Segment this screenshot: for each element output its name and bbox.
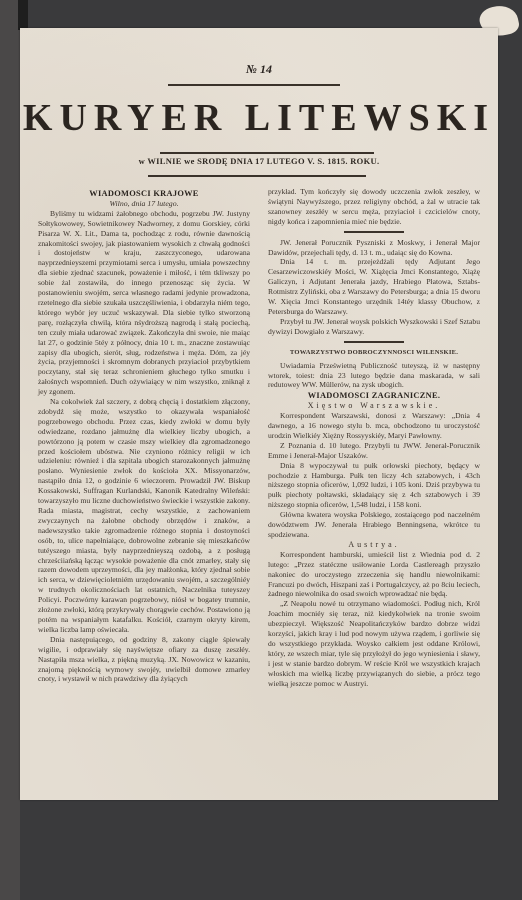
subsection-duchy-of-warsaw: Xięstwo Warszawskie. [268,401,480,411]
article-paragraph: Główna kwatera woyska Polskiego, zostaią… [268,510,480,540]
dateline-bottom-rule [148,175,366,177]
article-paragraph: Korrespondent Warszawski, donosi z Warsz… [268,411,480,441]
article-paragraph: Na cokolwiek żal szczery, z dobrą chęcią… [38,397,250,635]
domestic-dateline: Wilno, dnia 17 lutego. [38,199,250,209]
newspaper-page: № 14 KURYER LITEWSKI w WILNIE we SRODĘ D… [20,28,498,800]
article-paragraph: Dnia 8 wypoczywał tu pułk orłowski piech… [268,461,480,511]
article-paragraph: Dnia następuiącego, od godziny 8, zakony… [38,635,250,685]
scanner-shadow [18,0,28,30]
article-paragraph: JW. Jenerał Porucznik Pyszniski z Moskwy… [268,238,480,258]
charity-notice: Uwiadamia Prześwietną Publiczność tuteys… [268,361,480,391]
charity-society-title: TOWARZYSTWO DOBROCZYNNOSCI WILENSKIE. [268,348,480,358]
subsection-austria: Austrya. [268,540,480,550]
masthead-top-rule [168,84,340,86]
article-paragraph: Z Poznania d. 10 lutego. Przybyli tu JWW… [268,441,480,461]
article-paragraph: Dnia 14 t. m. przejeżdżali tędy Adjutant… [268,257,480,316]
scanner-left-edge [0,0,20,900]
article-paragraph: „Z Neapolu nowé tu otrzymano wiadomości.… [268,599,480,688]
section-title-foreign-news: WIADOMOSCI ZAGRANICZNE. [268,391,480,401]
article-continuation: przykład. Tym kończyły się dowody uczcze… [268,187,480,227]
section-divider [344,231,404,233]
dateline: w WILNIE we SRODĘ DNIA 17 LUTEGO V. S. 1… [20,156,498,166]
article-paragraph: Byliśmy tu widzami żałobnego obchodu, po… [38,209,250,397]
left-column: WIADOMOSCI KRAJOWE Wilno, dnia 17 lutego… [38,188,250,684]
section-divider [344,341,404,343]
right-column: przykład. Tym kończyły się dowody uczcze… [268,187,480,689]
dateline-top-rule [160,152,374,154]
article-paragraph: Korrespondent hamburski, umieścił list z… [268,550,480,600]
masthead-title: KURYER LITEWSKI [20,96,498,140]
article-paragraph: Przybył tu JW. Jenerał woysk polskich Wy… [268,317,480,337]
issue-number: № 14 [20,62,498,77]
section-title-domestic-news: WIADOMOSCI KRAJOWE [38,189,250,199]
